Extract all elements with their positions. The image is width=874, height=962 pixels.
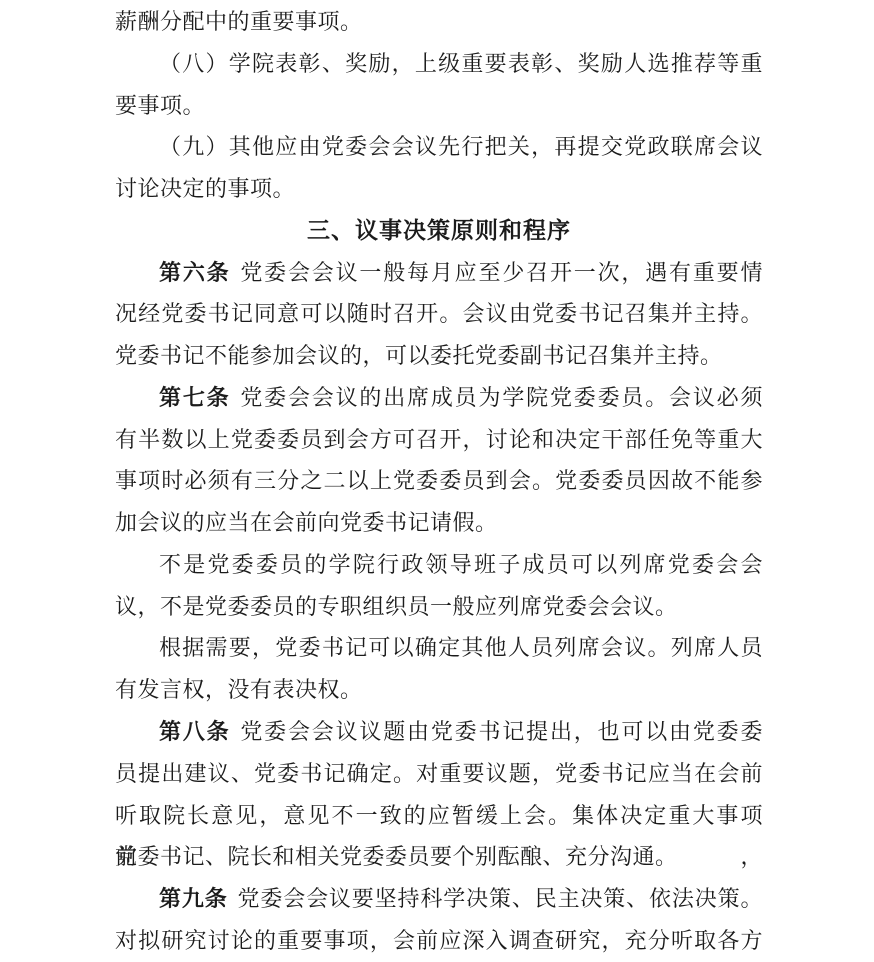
line-text: 议，不是党委委员的专职组织员一般应列席党委会会议。 xyxy=(115,594,678,619)
text-line: 党委书记、院长和相关党委委员要个别酝酿、充分沟通。 xyxy=(115,836,763,878)
line-text: 薪酬分配中的重要事项。 xyxy=(115,9,363,34)
clause-number: 第七条 xyxy=(159,385,230,410)
line-text: 况经党委书记同意可以随时召开。会议由党委书记召集并主持。 xyxy=(115,301,763,326)
line-text: 讨论决定的事项。 xyxy=(115,176,295,201)
text-line: 加会议的应当在会前向党委书记请假。 xyxy=(115,502,763,544)
text-line: 有发言权，没有表决权。 xyxy=(115,669,763,711)
line-text: （九）其他应由党委会会议先行把关，再提交党政联席会议 xyxy=(159,134,763,159)
line-text: 员提出建议、党委书记确定。对重要议题，党委书记应当在会前 xyxy=(115,761,763,786)
line-text: 有发言权，没有表决权。 xyxy=(115,677,363,702)
text-line: 第九条党委会会议要坚持科学决策、民主决策、依法决策。 xyxy=(115,878,763,920)
line-text: 党委会会议议题由党委书记提出，也可以由党委委 xyxy=(240,719,763,744)
clause-number: 第六条 xyxy=(159,260,230,285)
line-text: 根据需要，党委书记可以确定其他人员列席会议。列席人员 xyxy=(159,635,763,660)
line-text: 党委书记、院长和相关党委委员要个别酝酿、充分沟通。 xyxy=(115,844,678,869)
text-line: 要事项。 xyxy=(115,85,763,127)
line-text: 对拟研究讨论的重要事项，会前应深入调查研究，充分听取各方 xyxy=(115,928,763,953)
line-text: 有半数以上党委委员到会方可召开，讨论和决定干部任免等重大 xyxy=(115,427,763,452)
section-heading: 三、议事决策原则和程序 xyxy=(115,210,763,252)
text-line: （九）其他应由党委会会议先行把关，再提交党政联席会议 xyxy=(115,126,763,168)
text-line: 根据需要，党委书记可以确定其他人员列席会议。列席人员 xyxy=(115,627,763,669)
text-line: 有半数以上党委委员到会方可召开，讨论和决定干部任免等重大 xyxy=(115,419,763,461)
text-line: 第六条党委会会议一般每月应至少召开一次，遇有重要情 xyxy=(115,252,763,294)
line-text: 党委书记不能参加会议的，可以委托党委副书记召集并主持。 xyxy=(115,343,723,368)
line-text: 党委会会议一般每月应至少召开一次，遇有重要情 xyxy=(240,260,763,285)
document-page: 薪酬分配中的重要事项。（八）学院表彰、奖励，上级重要表彰、奖励人选推荐等重要事项… xyxy=(0,0,874,962)
text-line: 不是党委委员的学院行政领导班子成员可以列席党委会会 xyxy=(115,544,763,586)
line-text: 党委会会议要坚持科学决策、民主决策、依法决策。 xyxy=(237,886,763,911)
line-text: 不是党委委员的学院行政领导班子成员可以列席党委会会 xyxy=(159,552,763,577)
clause-number: 第八条 xyxy=(159,719,230,744)
line-text: 党委会会议的出席成员为学院党委委员。会议必须 xyxy=(240,385,763,410)
text-line: 薪酬分配中的重要事项。 xyxy=(115,1,763,43)
line-text: 加会议的应当在会前向党委书记请假。 xyxy=(115,510,498,535)
text-line: （八）学院表彰、奖励，上级重要表彰、奖励人选推荐等重 xyxy=(115,43,763,85)
clause-number: 第九条 xyxy=(159,886,228,911)
text-line: 况经党委书记同意可以随时召开。会议由党委书记召集并主持。 xyxy=(115,293,763,335)
document-body: 薪酬分配中的重要事项。（八）学院表彰、奖励，上级重要表彰、奖励人选推荐等重要事项… xyxy=(115,1,763,962)
text-line: 对拟研究讨论的重要事项，会前应深入调查研究，充分听取各方 xyxy=(115,920,763,962)
text-line: 员提出建议、党委书记确定。对重要议题，党委书记应当在会前 xyxy=(115,753,763,795)
text-line: 讨论决定的事项。 xyxy=(115,168,763,210)
line-text: 事项时必须有三分之二以上党委委员到会。党委委员因故不能参 xyxy=(115,468,763,493)
line-text: 要事项。 xyxy=(115,93,205,118)
heading-text: 三、议事决策原则和程序 xyxy=(307,217,571,243)
text-line: 听取院长意见，意见不一致的应暂缓上会。集体决定重大事项前， xyxy=(115,795,763,837)
line-text: （八）学院表彰、奖励，上级重要表彰、奖励人选推荐等重 xyxy=(159,51,763,76)
text-line: 第八条党委会会议议题由党委书记提出，也可以由党委委 xyxy=(115,711,763,753)
text-line: 党委书记不能参加会议的，可以委托党委副书记召集并主持。 xyxy=(115,335,763,377)
text-line: 第七条党委会会议的出席成员为学院党委委员。会议必须 xyxy=(115,377,763,419)
text-line: 事项时必须有三分之二以上党委委员到会。党委委员因故不能参 xyxy=(115,460,763,502)
text-line: 议，不是党委委员的专职组织员一般应列席党委会会议。 xyxy=(115,586,763,628)
